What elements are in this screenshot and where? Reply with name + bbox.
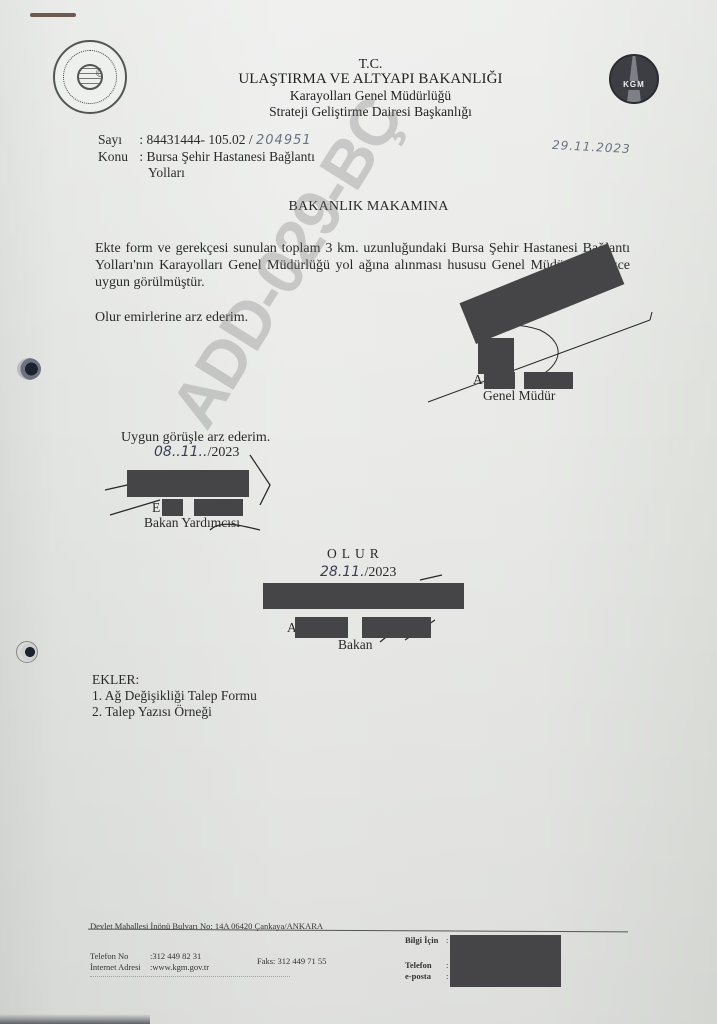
redaction-gm-block	[478, 338, 514, 374]
attachment-item: 2. Talep Yazısı Örneği	[92, 704, 257, 720]
minister-title: Bakan	[338, 637, 373, 653]
footer-phone-value: :312 449 82 31	[150, 951, 201, 961]
redaction-minister-signature	[263, 583, 464, 609]
footer-contact-phone-colon: :	[446, 960, 448, 970]
gm-title: Genel Müdür	[483, 388, 555, 404]
footer-contact-phone-label: Telefon	[405, 960, 432, 970]
sayi-handwritten: 204951	[256, 133, 312, 148]
attachment-item: 1. Ağ Değişikliği Talep Formu	[92, 688, 257, 704]
minister-approval: OLUR	[327, 546, 384, 562]
footer-info-colon: :	[446, 935, 448, 945]
redaction-deputy-signature	[127, 470, 249, 497]
redaction-deputy-last-name	[194, 499, 243, 516]
attachments-heading: EKLER:	[92, 672, 257, 688]
punch-hole	[16, 641, 38, 663]
punch-hole	[17, 358, 41, 380]
konu-label: Konu	[98, 149, 136, 165]
redaction-gm-first-name	[484, 372, 515, 389]
konu-value-cont: Yolları	[98, 165, 315, 181]
redaction-deputy-first-name	[162, 499, 183, 516]
footer-info-label: Bilgi İçin	[405, 935, 438, 945]
footer-phone-label: Telefon No	[90, 951, 128, 961]
redaction-minister-last-name	[362, 617, 431, 638]
sayi-label: Sayı	[98, 132, 136, 148]
footer-contact-email-label: e-posta	[405, 971, 431, 981]
handwritten-date: 29.11.2023	[552, 138, 631, 156]
redaction-gm-last-name	[524, 372, 573, 389]
staple-mark	[30, 13, 76, 17]
konu-value: : Bursa Şehir Hastanesi Bağlantı	[139, 149, 314, 164]
footer-fax: Faks: 312 449 71 55	[257, 956, 326, 966]
attachments: EKLER: 1. Ağ Değişikliği Talep Formu 2. …	[92, 672, 257, 720]
footer-contact-email-colon: :	[446, 971, 448, 981]
redaction-minister-first-name	[295, 617, 348, 638]
sayi-value: : 84431444- 105.02 /	[139, 132, 252, 147]
sayi-row: Sayı : 84431444- 105.02 / 204951	[98, 132, 315, 149]
footer-faint-line	[90, 976, 290, 978]
footer-web-label: İnternet Adresi	[90, 962, 141, 972]
footer-web-value: :www.kgm.gov.tr	[150, 962, 209, 972]
konu-row: Konu : Bursa Şehir Hastanesi Bağlantı	[98, 149, 315, 165]
document-meta: Sayı : 84431444- 105.02 / 204951 Konu : …	[98, 132, 315, 181]
deputy-title: Bakan Yardımcısı	[144, 515, 240, 531]
redaction-contact-info	[450, 935, 561, 987]
page-bottom-edge	[0, 1014, 150, 1024]
header-ministry: ULAŞTIRMA VE ALTYAPI BAKANLIĞI	[12, 71, 717, 88]
